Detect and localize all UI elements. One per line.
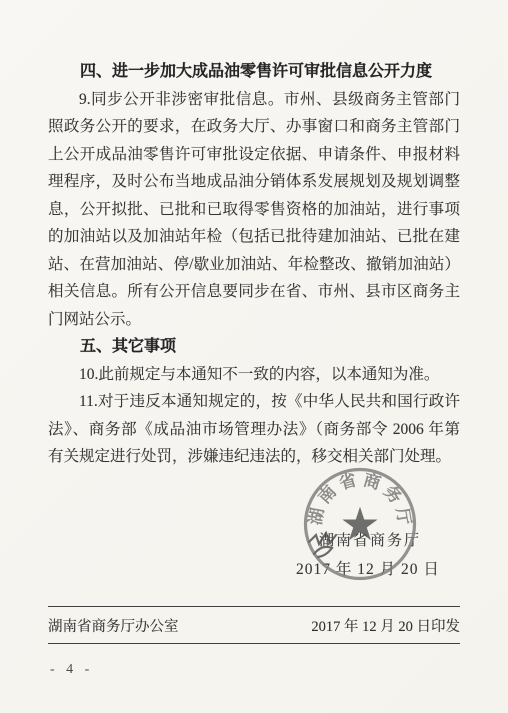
- seal-ring-char: 厅: [392, 505, 414, 526]
- seal-star-icon: ★: [339, 497, 380, 551]
- doc-line: 照政务公开的要求，在政务大厅、办事窗口和商务主管部门网站: [48, 113, 460, 141]
- doc-line: 11.对于违反本通知规定的，按《中华人民共和国行政许可: [48, 388, 460, 416]
- doc-line: 站、在营加油站、停/歇业加油站、年检整改、撤销加油站）等: [48, 251, 460, 279]
- page-number: - 4 -: [50, 662, 93, 678]
- seal-ring-char: 湖: [305, 506, 328, 526]
- footer-print-date: 2017 年 12 月 20 日印发: [311, 615, 460, 636]
- document-page: 四、进一步加大成品油零售许可审批信息公开力度 9.同步公开非涉密审批信息。市州、…: [0, 0, 508, 713]
- document-body: 四、进一步加大成品油零售许可审批信息公开力度 9.同步公开非涉密审批信息。市州、…: [48, 58, 460, 471]
- section-heading-4: 四、进一步加大成品油零售许可审批信息公开力度: [48, 58, 460, 86]
- doc-line: 10.此前规定与本通知不一致的内容，以本通知为准。: [48, 361, 460, 389]
- doc-line: 相关信息。所有公开信息要同步在省、市州、县市区商务主管部: [48, 278, 460, 306]
- seal-ring-char: 南: [314, 481, 340, 507]
- doc-line: 法》、商务部《成品油市场管理办法》（商务部令 2006 年第 23 号）: [48, 416, 460, 444]
- doc-line: 理程序，及时公布当地成品油分销体系发展规划及规划调整信: [48, 168, 460, 196]
- doc-line: 门网站公示。: [48, 306, 460, 334]
- official-seal: 湖 南 省 商 务 厅 ★: [302, 466, 418, 582]
- section-heading-5: 五、其它事项: [48, 333, 460, 361]
- footer-colophon: 湖南省商务厅办公室 2017 年 12 月 20 日印发: [48, 606, 460, 644]
- doc-line: 上公开成品油零售许可审批设定依据、申请条件、申报材料和办: [48, 141, 460, 169]
- footer-issuer: 湖南省商务厅办公室: [48, 615, 179, 636]
- doc-line: 的加油站以及加油站年检（包括已批待建加油站、已批在建加油: [48, 223, 460, 251]
- doc-line: 息，公开拟批、已批和已取得零售资格的加油站，进行事项变更: [48, 196, 460, 224]
- doc-line: 9.同步公开非涉密审批信息。市州、县级商务主管部门应按: [48, 86, 460, 114]
- seal-ring-char: 务: [380, 481, 406, 507]
